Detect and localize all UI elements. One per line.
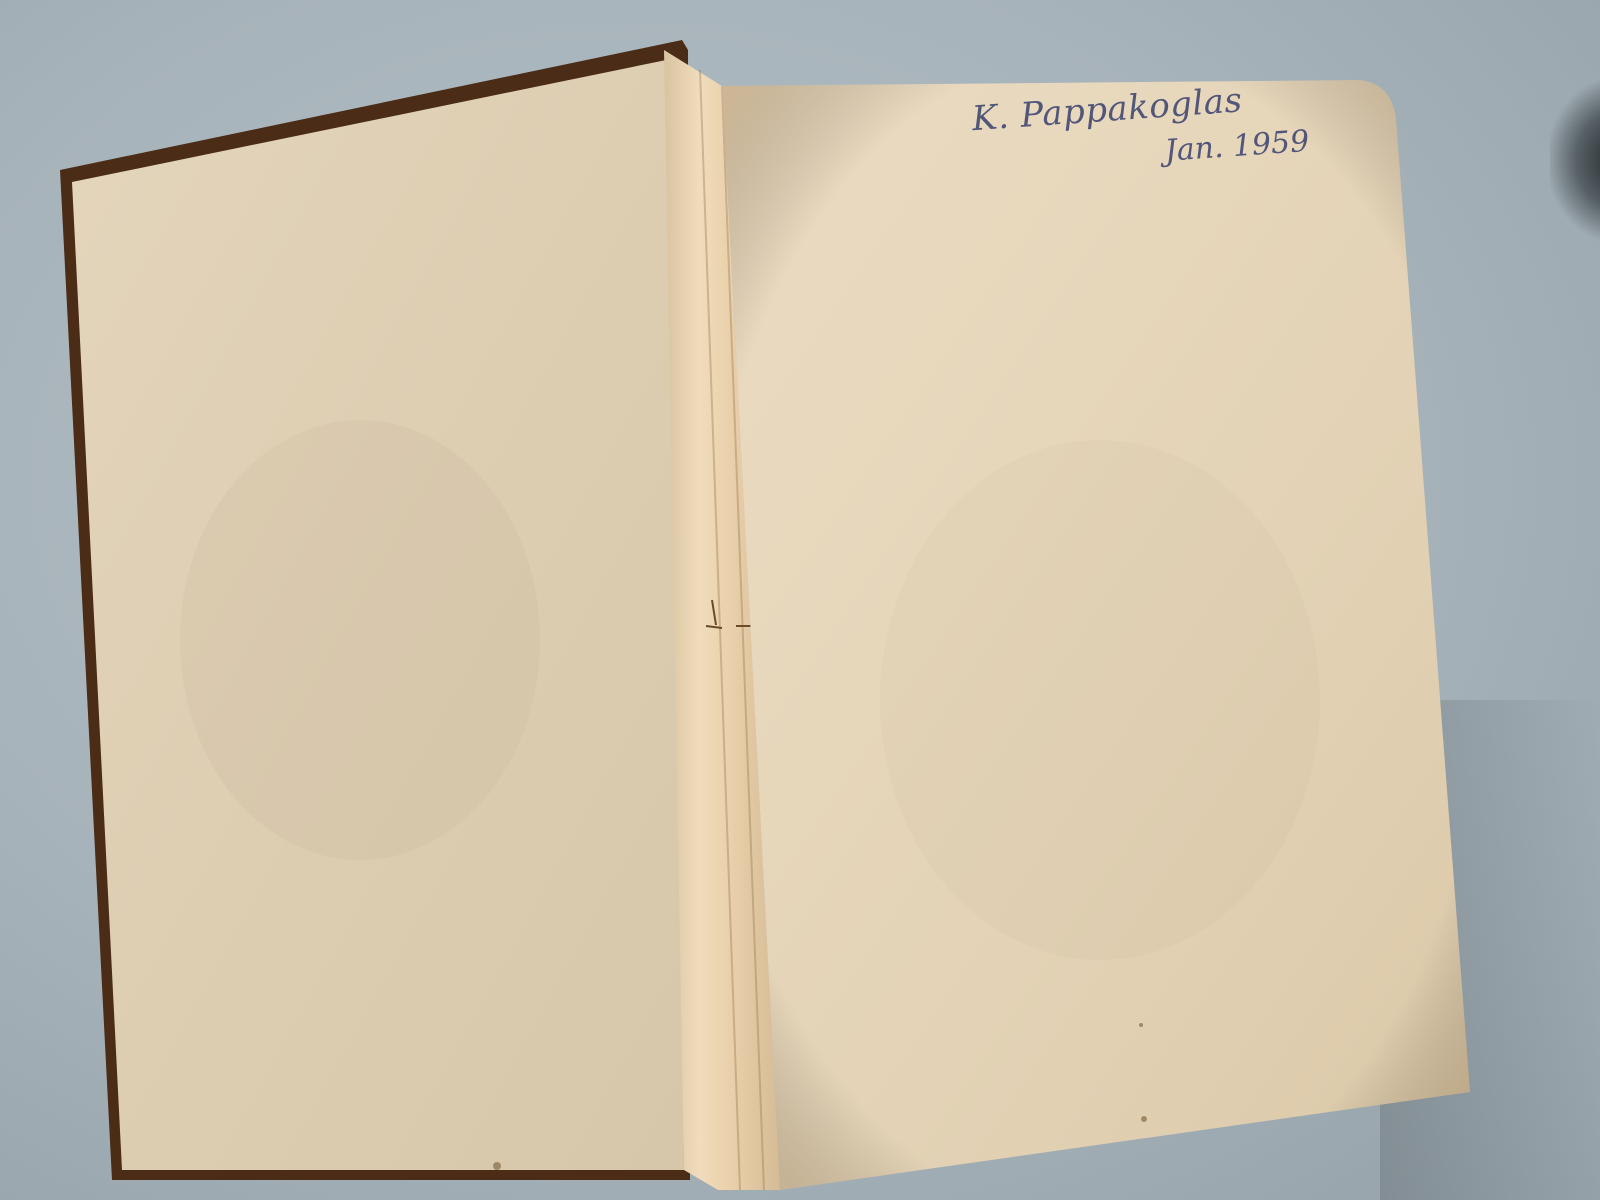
photo-scene: K. Pappakoglas Jan. 1959 (0, 0, 1600, 1200)
inscription-date: Jan. 1959 (1164, 124, 1311, 169)
foxing-spot (1141, 1116, 1147, 1122)
foxing-spot (1139, 1023, 1143, 1027)
foxing-spot (493, 1162, 501, 1170)
open-book (0, 0, 1600, 1200)
